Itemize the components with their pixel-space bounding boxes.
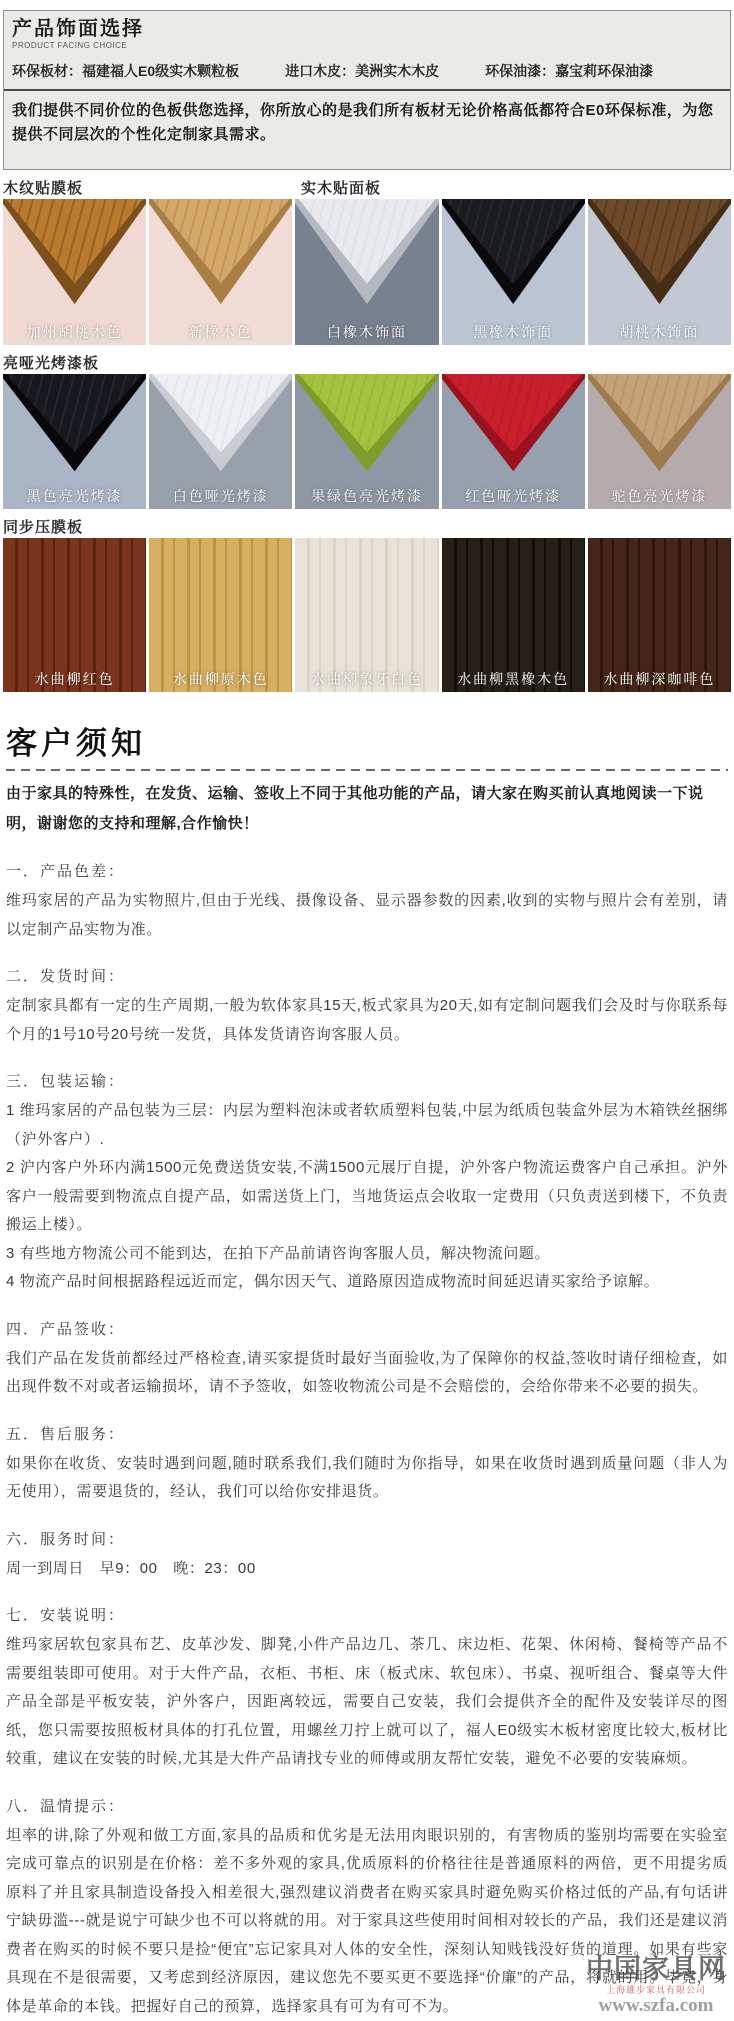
notice-section-body: 定制家具都有一定的生产周期,一般为软体家具15天,板式家具为20天,如有定制问题…	[6, 992, 728, 1049]
customer-notice-section: 客户须知 由于家具的特殊性，在发货、运输、签收上不同于其他功能的产品，请大家在购…	[3, 724, 731, 2021]
watermark-url: www.szfa.com	[586, 1996, 726, 2015]
notice-section-body: 维玛家居的产品为实物照片,但由于光线、摄像设备、显示器参数的因素,收到的实物与照…	[6, 887, 728, 944]
swatch-cell: 黑色亮光烤漆	[3, 374, 146, 509]
notice-section-1: 一．产品色差：维玛家居的产品为实物照片,但由于光线、摄像设备、显示器参数的因素,…	[6, 860, 728, 944]
notice-paragraph: 4 物流产品时间根据路程远近而定，偶尔因天气、道路原因造成物流时间延迟请买家给予…	[6, 1268, 728, 1297]
swatch-cell: 新橡木色	[149, 199, 292, 345]
swatch-label: 驼色亮光烤漆	[588, 486, 731, 506]
swatch-group-headers-row2: 亮哑光烤漆板	[3, 352, 731, 371]
swatch-row-2: 黑色亮光烤漆 白色哑光烤漆 果绿色亮光烤漆 红色哑光烤漆 驼色亮光烤漆	[3, 374, 731, 509]
notice-section-3: 三．包装运输：1 维玛家居的产品包装为三层：内层为塑料泡沫或者软质塑料包装,中层…	[6, 1070, 728, 1297]
swatch-label: 水曲柳象牙白色	[295, 669, 438, 689]
notice-section-body: 1 维玛家居的产品包装为三层：内层为塑料泡沫或者软质塑料包装,中层为纸质包装盒外…	[6, 1097, 728, 1297]
swatch-cell: 水曲柳深咖啡色	[588, 538, 731, 692]
swatch-label: 白色哑光烤漆	[149, 486, 292, 506]
notice-section-body: 如果你在收货、安装时遇到问题,随时联系我们,我们随时为你指导，如果在收货时遇到质…	[6, 1450, 728, 1507]
swatch-group-headers-row1: 木纹贴膜板 实木贴面板	[3, 177, 731, 196]
swatch-label: 水曲柳红色	[3, 669, 146, 689]
swatch-cell: 黑橡木饰面	[442, 199, 585, 345]
notice-section-heading: 二．发货时间：	[6, 965, 728, 989]
swatch-label: 果绿色亮光烤漆	[295, 486, 438, 506]
notice-section-6: 六．服务时间：周一到周日 早9：00 晚：23：00	[6, 1528, 728, 1584]
notice-paragraph: 如果你在收货、安装时遇到问题,随时联系我们,我们随时为你指导，如果在收货时遇到质…	[6, 1450, 728, 1507]
notice-section-5: 五．售后服务：如果你在收货、安装时遇到问题,随时联系我们,我们随时为你指导，如果…	[6, 1423, 728, 1507]
material-specs: 环保板材：福建福人E0级实木颗粒板 进口木皮：美洲实木木皮 环保油漆：嘉宝莉环保…	[12, 59, 722, 89]
swatch-label: 水曲柳黑橡木色	[442, 669, 585, 689]
swatch-label: 新橡木色	[149, 322, 292, 342]
notice-paragraph: 我们产品在发货前都经过严格检查,请买家提货时最好当面验收,为了保障你的权益,签收…	[6, 1345, 728, 1402]
notice-section-heading: 一．产品色差：	[6, 860, 728, 884]
notice-section-heading: 三．包装运输：	[6, 1070, 728, 1094]
dashed-divider	[6, 768, 728, 771]
notice-section-heading: 四．产品签收：	[6, 1318, 728, 1342]
swatch-cell: 白橡木饰面	[295, 199, 438, 345]
swatch-cell: 果绿色亮光烤漆	[295, 374, 438, 509]
swatch-label: 加州胡桃木色	[3, 322, 146, 342]
notice-paragraph: 定制家具都有一定的生产周期,一般为软体家具15天,板式家具为20天,如有定制问题…	[6, 992, 728, 1049]
swatch-cell: 加州胡桃木色	[3, 199, 146, 345]
swatch-label: 水曲柳深咖啡色	[588, 669, 731, 689]
notice-section-body: 周一到周日 早9：00 晚：23：00	[6, 1555, 728, 1584]
swatch-cell: 红色哑光烤漆	[442, 374, 585, 509]
swatch-label: 胡桃木饰面	[588, 322, 731, 342]
notice-section-heading: 六．服务时间：	[6, 1528, 728, 1552]
notice-sections: 一．产品色差：维玛家居的产品为实物照片,但由于光线、摄像设备、显示器参数的因素,…	[6, 860, 728, 2021]
swatch-cell: 驼色亮光烤漆	[588, 374, 731, 509]
swatch-label: 黑色亮光烤漆	[3, 486, 146, 506]
notice-paragraph: 周一到周日 早9：00 晚：23：00	[6, 1555, 728, 1584]
notice-paragraph: 维玛家居软包家具布艺、皮革沙发、脚凳,小件产品边几、茶几、床边柜、花架、休闲椅、…	[6, 1631, 728, 1774]
notice-section-7: 七．安装说明：维玛家居软包家具布艺、皮革沙发、脚凳,小件产品边几、茶几、床边柜、…	[6, 1604, 728, 1774]
notice-paragraph: 1 维玛家居的产品包装为三层：内层为塑料泡沫或者软质塑料包装,中层为纸质包装盒外…	[6, 1097, 728, 1154]
watermark-brand: 中国家具网	[586, 1956, 726, 1983]
swatch-label: 水曲柳原木色	[149, 669, 292, 689]
swatch-cell: 水曲柳黑橡木色	[442, 538, 585, 692]
notice-section-heading: 五．售后服务：	[6, 1423, 728, 1447]
watermark-company: 上海雄步家具有限公司	[586, 1986, 726, 1995]
notice-paragraph: 维玛家居的产品为实物照片,但由于光线、摄像设备、显示器参数的因素,收到的实物与照…	[6, 887, 728, 944]
swatch-label: 红色哑光烤漆	[442, 486, 585, 506]
swatch-cell: 水曲柳原木色	[149, 538, 292, 692]
swatch-group-headers-row3: 同步压膜板	[3, 516, 731, 535]
notice-section-body: 我们产品在发货前都经过严格检查,请买家提货时最好当面验收,为了保障你的权益,签收…	[6, 1345, 728, 1402]
product-detail-page: 产品饰面选择 PRODUCT FACING CHOICE 环保板材：福建福人E0…	[0, 10, 734, 2021]
spec-veneer: 进口木皮：美洲实木木皮	[285, 61, 439, 81]
notice-section-body: 维玛家居软包家具布艺、皮革沙发、脚凳,小件产品边几、茶几、床边柜、花架、休闲椅、…	[6, 1631, 728, 1774]
notice-section-heading: 七．安装说明：	[6, 1604, 728, 1628]
swatch-cell: 白色哑光烤漆	[149, 374, 292, 509]
page-title: 产品饰面选择	[12, 17, 722, 41]
swatch-row-3: 水曲柳红色 水曲柳原木色 水曲柳象牙白色 水曲柳黑橡木色 水曲柳深咖啡色	[3, 538, 731, 692]
swatch-row-1: 加州胡桃木色 新橡木色 白橡木饰面 黑橡木饰面 胡桃木饰面	[3, 199, 731, 345]
notice-paragraph: 3 有些地方物流公司不能到达，在拍下产品前请咨询客服人员，解决物流问题。	[6, 1240, 728, 1269]
swatch-label: 白橡木饰面	[295, 322, 438, 342]
group-header-pressed-film-board: 同步压膜板	[3, 516, 83, 537]
swatch-cell: 胡桃木饰面	[588, 199, 731, 345]
swatch-cell: 水曲柳象牙白色	[295, 538, 438, 692]
spec-paint: 环保油漆：嘉宝莉环保油漆	[485, 61, 653, 81]
facing-intro-text: 我们提供不同价位的色板供您选择，你所放心的是我们所有板材无论价格高低都符合E0环…	[12, 91, 722, 169]
notice-intro: 由于家具的特殊性，在发货、运输、签收上不同于其他功能的产品，请大家在购买前认真地…	[6, 779, 728, 839]
spec-board: 环保板材：福建福人E0级实木颗粒板	[12, 61, 239, 81]
swatch-label: 黑橡木饰面	[442, 322, 585, 342]
site-watermark: 中国家具网 上海雄步家具有限公司 www.szfa.com	[586, 1956, 726, 2015]
notice-section-2: 二．发货时间：定制家具都有一定的生产周期,一般为软体家具15天,板式家具为20天…	[6, 965, 728, 1049]
group-header-film-board: 木纹贴膜板	[3, 177, 83, 198]
swatch-cell: 水曲柳红色	[3, 538, 146, 692]
page-subtitle: PRODUCT FACING CHOICE	[12, 41, 722, 51]
facing-choice-panel: 产品饰面选择 PRODUCT FACING CHOICE 环保板材：福建福人E0…	[3, 10, 731, 170]
notice-section-heading: 八．温情提示：	[6, 1795, 728, 1819]
notice-paragraph: 2 沪内客户外环内满1500元免费送货安装,不满1500元展厅自提，沪外客户物流…	[6, 1154, 728, 1240]
notice-section-4: 四．产品签收：我们产品在发货前都经过严格检查,请买家提货时最好当面验收,为了保障…	[6, 1318, 728, 1402]
notice-title: 客户须知	[6, 724, 728, 764]
group-header-lacquer-board: 亮哑光烤漆板	[3, 352, 99, 373]
group-header-veneer-board: 实木贴面板	[301, 177, 381, 198]
